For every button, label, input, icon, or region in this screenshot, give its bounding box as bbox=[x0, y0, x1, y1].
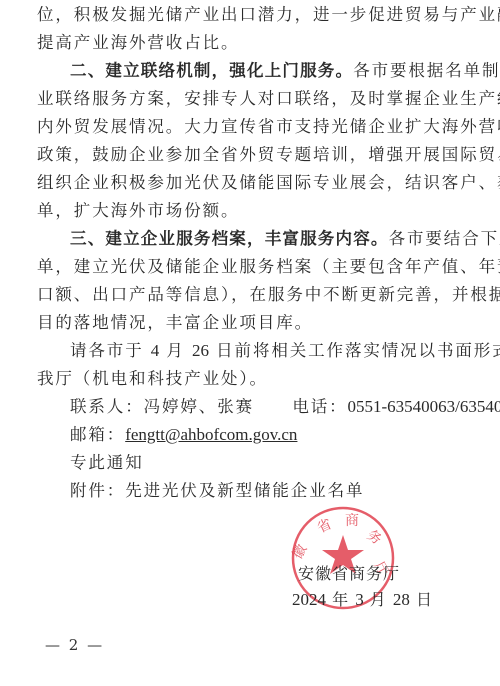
section-2-text: 各市要根据名单制定企 bbox=[353, 61, 500, 80]
request-text: 日前将相关工作落实情况以书面形式报至 bbox=[216, 341, 500, 360]
email-label: 邮箱： bbox=[70, 425, 125, 444]
request-day: 26 bbox=[192, 341, 209, 360]
section-2-heading: 二、建立联络机制，强化上门服务。 bbox=[70, 61, 353, 80]
body-line: 业联络服务方案，安排专人对口联络，及时掌握企业生产经营及 bbox=[37, 85, 457, 113]
body-line: 目的落地情况，丰富企业项目库。 bbox=[37, 309, 457, 337]
date-year: 2024 bbox=[292, 590, 326, 609]
date-unit: 年 bbox=[332, 590, 349, 609]
email-line: 邮箱：fengtt@ahbofcom.gov.cn bbox=[70, 421, 490, 449]
signature-org: 安徽省商务厅 bbox=[298, 562, 400, 586]
svg-text:省: 省 bbox=[315, 515, 335, 536]
body-line: 位，积极发掘光储产业出口潜力，进一步促进贸易与产业融合， bbox=[37, 1, 457, 29]
body-line: 政策，鼓励企业参加全省外贸专题培训，增强开展国际贸易意识， bbox=[37, 141, 457, 169]
request-month: 4 bbox=[151, 341, 160, 360]
attachment-line: 附件：先进光伏及新型储能企业名单 bbox=[70, 477, 490, 505]
body-line: 口额、出口产品等信息），在服务中不断更新完善，并根据新项 bbox=[37, 281, 457, 309]
closing-line: 专此通知 bbox=[70, 449, 490, 477]
request-text: 月 bbox=[166, 341, 184, 360]
body-line: 我厅（机电和科技产业处）。 bbox=[37, 365, 457, 393]
date-unit: 日 bbox=[416, 590, 433, 609]
body-line: 提高产业海外营收占比。 bbox=[37, 29, 457, 57]
section-3-text: 各市要结合下发名 bbox=[389, 229, 500, 248]
phone-label: 电话： bbox=[292, 397, 347, 416]
date-month: 3 bbox=[355, 590, 364, 609]
request-text: 请各市于 bbox=[70, 341, 144, 360]
page-number: — 2 — bbox=[45, 636, 104, 654]
email-link[interactable]: fengtt@ahbofcom.gov.cn bbox=[125, 425, 297, 444]
svg-text:务: 务 bbox=[364, 527, 385, 548]
section-3-heading: 三、建立企业服务档案，丰富服务内容。 bbox=[70, 229, 389, 248]
section-2-first-line: 二、建立联络机制，强化上门服务。各市要根据名单制定企 bbox=[70, 57, 490, 85]
section-3-first-line: 三、建立企业服务档案，丰富服务内容。各市要结合下发名 bbox=[70, 225, 490, 253]
body-line: 单，建立光伏及储能企业服务档案（主要包含年产值、年预计出 bbox=[37, 253, 457, 281]
phone-number: 0551-63540063/63540433 bbox=[348, 397, 500, 416]
signature-date: 2024 年 3 月 28 日 bbox=[292, 588, 433, 612]
request-line: 请各市于 4 月 26 日前将相关工作落实情况以书面形式报至 bbox=[70, 337, 490, 365]
contact-line: 联系人：冯婷婷、张赛 电话：0551-63540063/63540433 bbox=[70, 393, 490, 421]
body-line: 组织企业积极参加光伏及储能国际专业展会，结识客户、获取订 bbox=[37, 169, 457, 197]
date-unit: 月 bbox=[370, 590, 387, 609]
contact-person: 联系人：冯婷婷、张赛 bbox=[70, 397, 254, 416]
date-day: 28 bbox=[393, 590, 410, 609]
body-line: 单，扩大海外市场份额。 bbox=[37, 197, 457, 225]
body-line: 内外贸发展情况。大力宣传省市支持光储企业扩大海外营收有关 bbox=[37, 113, 457, 141]
svg-text:商: 商 bbox=[345, 513, 359, 529]
